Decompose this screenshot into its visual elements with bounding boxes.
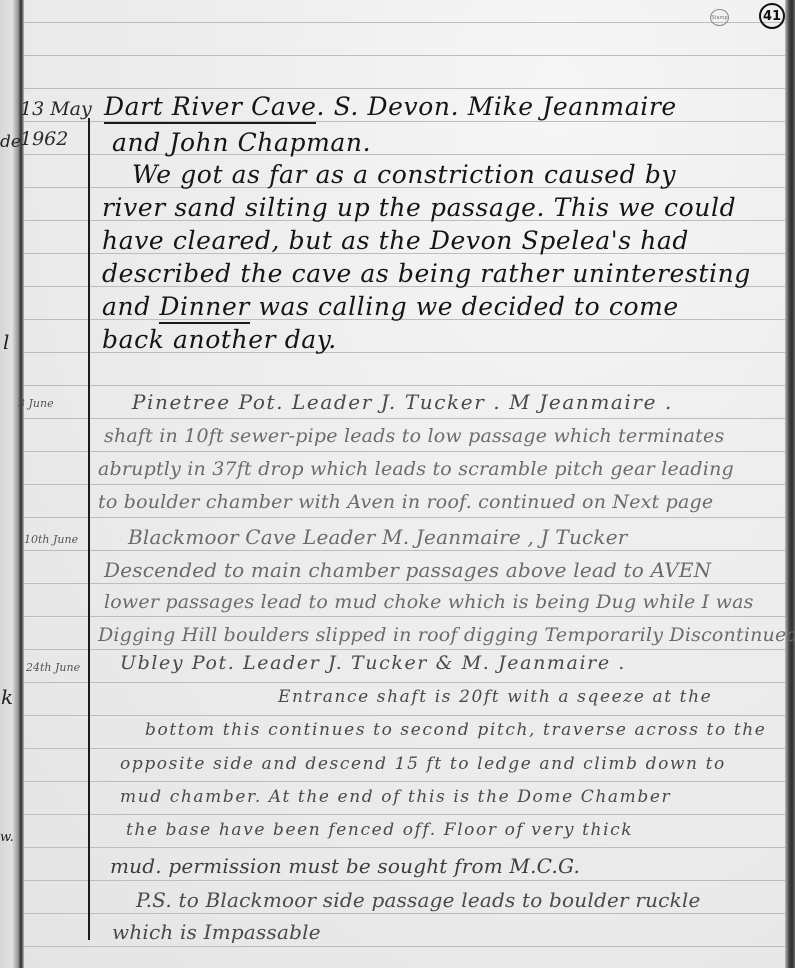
ruled-line bbox=[24, 946, 785, 947]
entry-line: bottom this continues to second pitch, t… bbox=[145, 722, 766, 739]
entry-line: opposite side and descend 15 ft to ledge… bbox=[120, 756, 726, 773]
entry-title-underlined: Dart River Cave bbox=[104, 92, 316, 124]
facing-page-fragment: k bbox=[1, 685, 13, 709]
ruled-line bbox=[24, 583, 785, 584]
entry-line: and John Chapman. bbox=[112, 130, 371, 155]
entry-line-suffix: was calling we decided to come bbox=[250, 292, 679, 321]
entry-line: to boulder chamber with Aven in roof. co… bbox=[98, 493, 713, 512]
ruled-line bbox=[24, 847, 785, 848]
ruled-line bbox=[24, 781, 785, 782]
entry-line: Blackmoor Cave Leader M. Jeanmaire , J T… bbox=[128, 527, 628, 547]
ruled-line bbox=[24, 814, 785, 815]
page-right-edge bbox=[785, 0, 795, 968]
entry-line: river sand silting up the passage. This … bbox=[102, 195, 736, 220]
entry-date: 10th June bbox=[24, 534, 78, 545]
entry-line: Ubley Pot. Leader J. Tucker & M. Jeanmai… bbox=[120, 654, 626, 673]
ruled-line bbox=[24, 550, 785, 551]
ruled-line bbox=[24, 649, 785, 650]
entry-title-rest: . S. Devon. Mike Jeanmaire bbox=[316, 92, 676, 121]
ruled-line bbox=[24, 451, 785, 452]
entry-line: We got as far as a constriction caused b… bbox=[132, 162, 676, 187]
entry-line: P.S. to Blackmoor side passage leads to … bbox=[136, 890, 701, 910]
entry-date: 24th June bbox=[26, 662, 80, 673]
entry-line: mud chamber. At the end of this is the D… bbox=[120, 789, 671, 806]
page-number: 41 bbox=[759, 3, 785, 29]
entry-line: the base have been fenced off. Floor of … bbox=[126, 822, 633, 839]
ruled-line bbox=[24, 682, 785, 683]
ruled-line bbox=[24, 418, 785, 419]
ruled-line bbox=[24, 517, 785, 518]
entry-line: and Dinner was calling we decided to com… bbox=[102, 294, 679, 319]
underlined-word: Dinner bbox=[159, 292, 250, 324]
ruled-line bbox=[24, 22, 785, 23]
entry-line: Entrance shaft is 20ft with a sqeeze at … bbox=[278, 689, 712, 706]
entry-line: Descended to main chamber passages above… bbox=[104, 560, 711, 580]
facing-page-fragment: de bbox=[0, 132, 21, 152]
entry-line: mud. permission must be sought from M.C.… bbox=[110, 856, 580, 876]
ruled-line bbox=[24, 715, 785, 716]
entry-title-line: Dart River Cave. S. Devon. Mike Jeanmair… bbox=[104, 94, 677, 119]
notebook-page: Stamp 41 de l k w. 13 May 1962 Dart Rive… bbox=[0, 0, 795, 968]
ruled-line bbox=[24, 880, 785, 881]
library-stamp-icon: Stamp bbox=[710, 9, 729, 26]
entry-line: which is Impassable bbox=[112, 922, 321, 942]
facing-page-fragment: l bbox=[3, 330, 9, 354]
entry-line: Pinetree Pot. Leader J. Tucker . M Jeanm… bbox=[132, 392, 673, 412]
entry-line: shaft in 10ft sewer-pipe leads to low pa… bbox=[104, 427, 724, 446]
ruled-line bbox=[24, 616, 785, 617]
margin-rule bbox=[88, 118, 90, 940]
entry-line: back another day. bbox=[102, 327, 337, 352]
facing-page-fragment: w. bbox=[0, 830, 14, 845]
entry-line: have cleared, but as the Devon Spelea's … bbox=[102, 228, 689, 253]
entry-date-year: 1962 bbox=[20, 130, 68, 149]
ruled-line bbox=[24, 748, 785, 749]
entry-date: 3 June bbox=[18, 398, 54, 409]
entry-line-prefix: and bbox=[102, 292, 159, 321]
ruled-line bbox=[24, 385, 785, 386]
ruled-line bbox=[24, 484, 785, 485]
entry-line: Digging Hill boulders slipped in roof di… bbox=[98, 626, 795, 645]
entry-line: described the cave as being rather unint… bbox=[102, 261, 751, 286]
entry-line: lower passages lead to mud choke which i… bbox=[104, 593, 754, 612]
ruled-line bbox=[24, 55, 785, 56]
ruled-line bbox=[24, 913, 785, 914]
entry-line: abruptly in 37ft drop which leads to scr… bbox=[98, 460, 734, 479]
ruled-line bbox=[24, 88, 785, 89]
entry-date-day: 13 May bbox=[20, 100, 92, 119]
